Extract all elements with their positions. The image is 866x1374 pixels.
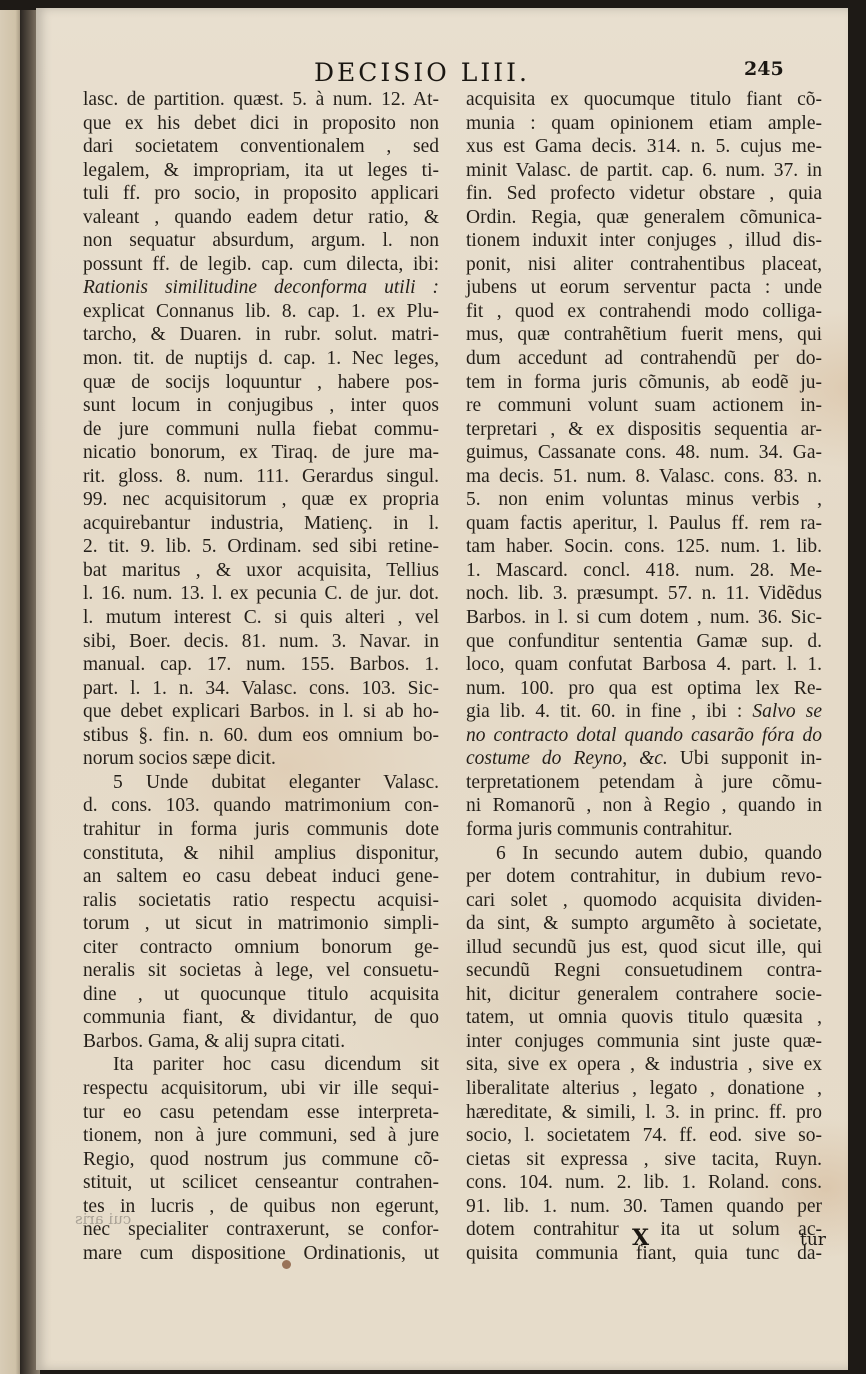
text-line: xus est Gama decis. 314. n. 5. cujus me- <box>466 135 822 159</box>
text-line: possunt ff. de legib. cap. cum dilecta, … <box>83 253 439 277</box>
text-line: terpretationem petendam à jure cõmu- <box>466 771 822 795</box>
text-line: Ordin. Regia, quæ generalem cõmunica- <box>466 206 822 230</box>
text-line: l. mutum interest C. si quis alteri , ve… <box>83 606 439 630</box>
text-line: Barbos. in l. si cum dotem , num. 36. Si… <box>466 606 822 630</box>
text-line: tes in lucris , de quibus non egerunt, <box>83 1195 439 1219</box>
text-line: inter conjuges communia sint juste quæ- <box>466 1030 822 1054</box>
text-line: 1. Mascard. concl. 418. num. 28. Me- <box>466 559 822 583</box>
text-line: acquirebantur industria, Matienç. in l. <box>83 512 439 536</box>
text-line: secundũ Regni consuetudinem contra- <box>466 959 822 983</box>
text-line: gia lib. 4. tit. 60. in fine , ibi : Sal… <box>466 700 822 724</box>
scan-stage: DECISIO LIII. 245 lasc. de partition. qu… <box>0 0 866 1374</box>
text-line: 5. non enim voluntas minus verbis , <box>466 488 822 512</box>
text-line: constituta, & nihil amplius disponitur, <box>83 842 439 866</box>
text-line: sunt locum in conjugibus , inter quos <box>83 394 439 418</box>
text-line: que debet explicari Barbos. in l. si ab … <box>83 700 439 724</box>
text-line: forma juris communis contrahitur. <box>466 818 822 842</box>
text-line: de jure communi nulla fiebat commu- <box>83 418 439 442</box>
bleed-through-text: cui aris <box>75 1210 131 1228</box>
text-line: quam factis aperitur, l. Paulus ff. rem … <box>466 512 822 536</box>
text-line: sita, sive ex opera , & industria , sive… <box>466 1053 822 1077</box>
text-line: stituit, ut scilicet censeantur contrahe… <box>83 1171 439 1195</box>
text-line: hæreditate, & simili, l. 3. in princ. ff… <box>466 1101 822 1125</box>
text-line: tur eo casu petendam esse interpreta- <box>83 1101 439 1125</box>
text-line: num. 100. pro qua est optima lex Re- <box>466 677 822 701</box>
text-line: minit Valasc. de partit. cap. 6. num. 37… <box>466 159 822 183</box>
text-line: ponit, nisi aliter contrahentibus placea… <box>466 253 822 277</box>
text-line: que ex his debet dici in proposito non <box>83 112 439 136</box>
text-line: cietas sit expressa , sive tacita, Ruyn. <box>466 1148 822 1172</box>
text-line: mus, quæ contrahẽtium fuerit mens, qui <box>466 323 822 347</box>
text-line: per dotem contrahitur, in dubium revo- <box>466 865 822 889</box>
text-line: 91. lib. 1. num. 30. Tamen quando per <box>466 1195 822 1219</box>
text-line: tarcho, & Duaren. in rubr. solut. matri- <box>83 323 439 347</box>
text-line: legalem, & impropriam, ita ut leges ti- <box>83 159 439 183</box>
text-line: costume do Reyno, &c. Ubi supponit in- <box>466 747 822 771</box>
text-line: communia fiant, & dividantur, de quo <box>83 1006 439 1030</box>
text-line: tam haber. Socin. cons. 125. num. 1. lib… <box>466 535 822 559</box>
text-line: manual. cap. 17. num. 155. Barbos. 1. <box>83 653 439 677</box>
text-line: torum , ut sicut in matrimonio simpli- <box>83 912 439 936</box>
catchword: tur <box>800 1230 826 1250</box>
text-line: d. cons. 103. quando matrimonium con- <box>83 794 439 818</box>
text-line: bat maritus , & uxor acquisita, Tellius <box>83 559 439 583</box>
left-text-column: lasc. de partition. quæst. 5. à num. 12.… <box>83 88 439 1265</box>
text-line: guimus, Cassanate cons. 48. num. 34. Ga- <box>466 441 822 465</box>
text-line: norum socios sæpe dicit. <box>83 747 439 771</box>
facing-page-edge <box>0 10 22 1374</box>
text-line: hit, dicitur generalem contrahere socie- <box>466 983 822 1007</box>
text-line: non sequatur absurdum, argum. l. non <box>83 229 439 253</box>
text-line: neralis sit societas à lege, vel consuet… <box>83 959 439 983</box>
text-line: lasc. de partition. quæst. 5. à num. 12.… <box>83 88 439 112</box>
text-line: 2. tit. 9. lib. 5. Ordinam. sed sibi ret… <box>83 535 439 559</box>
text-line: nec specialiter contraxerunt, se confor- <box>83 1218 439 1242</box>
text-line: rit. gloss. 8. num. 111. Gerardus singul… <box>83 465 439 489</box>
text-line: Rationis similitudine deconforma utili : <box>83 276 439 300</box>
text-line: 99. nec acquisitorum , quæ ex propria <box>83 488 439 512</box>
text-line: terpretari , & ex dispositis sequentia a… <box>466 418 822 442</box>
text-line: loco, quam confutat Barbosa 4. part. l. … <box>466 653 822 677</box>
text-line: acquisita ex quocumque titulo fiant cõ- <box>466 88 822 112</box>
text-line: ni Romanorũ , non à Regio , quando in <box>466 794 822 818</box>
text-line: noch. lib. 3. præsumpt. 57. n. 11. Vidẽd… <box>466 582 822 606</box>
italic-quote: costume do Reyno, &c. <box>466 748 668 769</box>
text-line: fin. Sed profecto videtur obstare , quia <box>466 182 822 206</box>
text-line: stibus §. fin. n. 60. dum eos omnium bo- <box>83 724 439 748</box>
text-line: sibi, Boer. decis. 81. num. 3. Navar. in <box>83 630 439 654</box>
text-line: Regio, quod nostrum jus commune cõ- <box>83 1148 439 1172</box>
text-line: l. 16. num. 13. l. ex pecunia C. de jur.… <box>83 582 439 606</box>
running-head: DECISIO LIII. <box>314 58 530 88</box>
text-line: no contracto dotal quando casarão fóra d… <box>466 724 822 748</box>
text-line: explicat Connanus lib. 8. cap. 1. ex Plu… <box>83 300 439 324</box>
text-line: re communi volunt suam actionem in- <box>466 394 822 418</box>
signature-mark: X <box>632 1225 649 1251</box>
text-line: quæ de socijs loquuntur , habere pos- <box>83 371 439 395</box>
text-line: dine , ut quocunque titulo acquisita <box>83 983 439 1007</box>
text-line: tem in forma juris cõmunis, ab eodẽ ju- <box>466 371 822 395</box>
italic-quote: Salvo se <box>752 701 822 722</box>
text-line: fit , quod ex contrahendi modo colliga- <box>466 300 822 324</box>
text-line: que confunditur sententia Gamæ sup. d. <box>466 630 822 654</box>
text-line: an saltem eo casu debeat induci gene- <box>83 865 439 889</box>
text-line: mon. tit. de nuptijs d. cap. 1. Nec lege… <box>83 347 439 371</box>
text-line: citer contracto omnium bonorum ge- <box>83 936 439 960</box>
text-line: liberalitate alterius , legato , donatio… <box>466 1077 822 1101</box>
text-line: socio, l. societatem 74. ff. eod. sive s… <box>466 1124 822 1148</box>
text-line: munia : quam opinionem etiam ample- <box>466 112 822 136</box>
text-line: 6 In secundo autem dubio, quando <box>466 842 822 866</box>
text-line: jubens ut eorum serventur pacta : unde <box>466 276 822 300</box>
text-line: tionem induxit inter conjuges , illud di… <box>466 229 822 253</box>
text-line: ralis societatis ratio respectu acquisi- <box>83 889 439 913</box>
text-line: nicatio bonorum, ex Tiraq. de jure ma- <box>83 441 439 465</box>
text-line: valeant , quando eadem detur ratio, & <box>83 206 439 230</box>
text-line: Barbos. Gama, & alij supra citati. <box>83 1030 439 1054</box>
text-line: mare cum dispositione Ordinationis, ut <box>83 1242 439 1266</box>
text-line: ma decis. 51. num. 8. Valasc. cons. 83. … <box>466 465 822 489</box>
text-line: dum accedunt ad contrahendũ per do- <box>466 347 822 371</box>
text-line: tuli ff. pro socio, in proposito applica… <box>83 182 439 206</box>
text-line: part. l. 1. n. 34. Valasc. cons. 103. Si… <box>83 677 439 701</box>
text-line: dari societatem conventionalem , sed <box>83 135 439 159</box>
text-line: cari solet , quomodo acquisita dividen- <box>466 889 822 913</box>
text-line: 5 Unde dubitat eleganter Valasc. <box>83 771 439 795</box>
text-line: tatem, ut omnia quovis titulo quæsita , <box>466 1006 822 1030</box>
text-line: Ita pariter hoc casu dicendum sit <box>83 1053 439 1077</box>
text-line: cons. 104. num. 2. lib. 1. Roland. cons. <box>466 1171 822 1195</box>
text-line: illud secundũ jus est, quod sicut ille, … <box>466 936 822 960</box>
text-line: da sint, & sumpto argumẽto à societate, <box>466 912 822 936</box>
text-line: respectu acquisitorum, ubi vir ille sequ… <box>83 1077 439 1101</box>
page-number: 245 <box>744 58 784 80</box>
text-line: trahitur in forma juris communis dote <box>83 818 439 842</box>
right-text-column: acquisita ex quocumque titulo fiant cõ-m… <box>466 88 822 1265</box>
text-line: tionem, non à jure communi, sed à jure <box>83 1124 439 1148</box>
